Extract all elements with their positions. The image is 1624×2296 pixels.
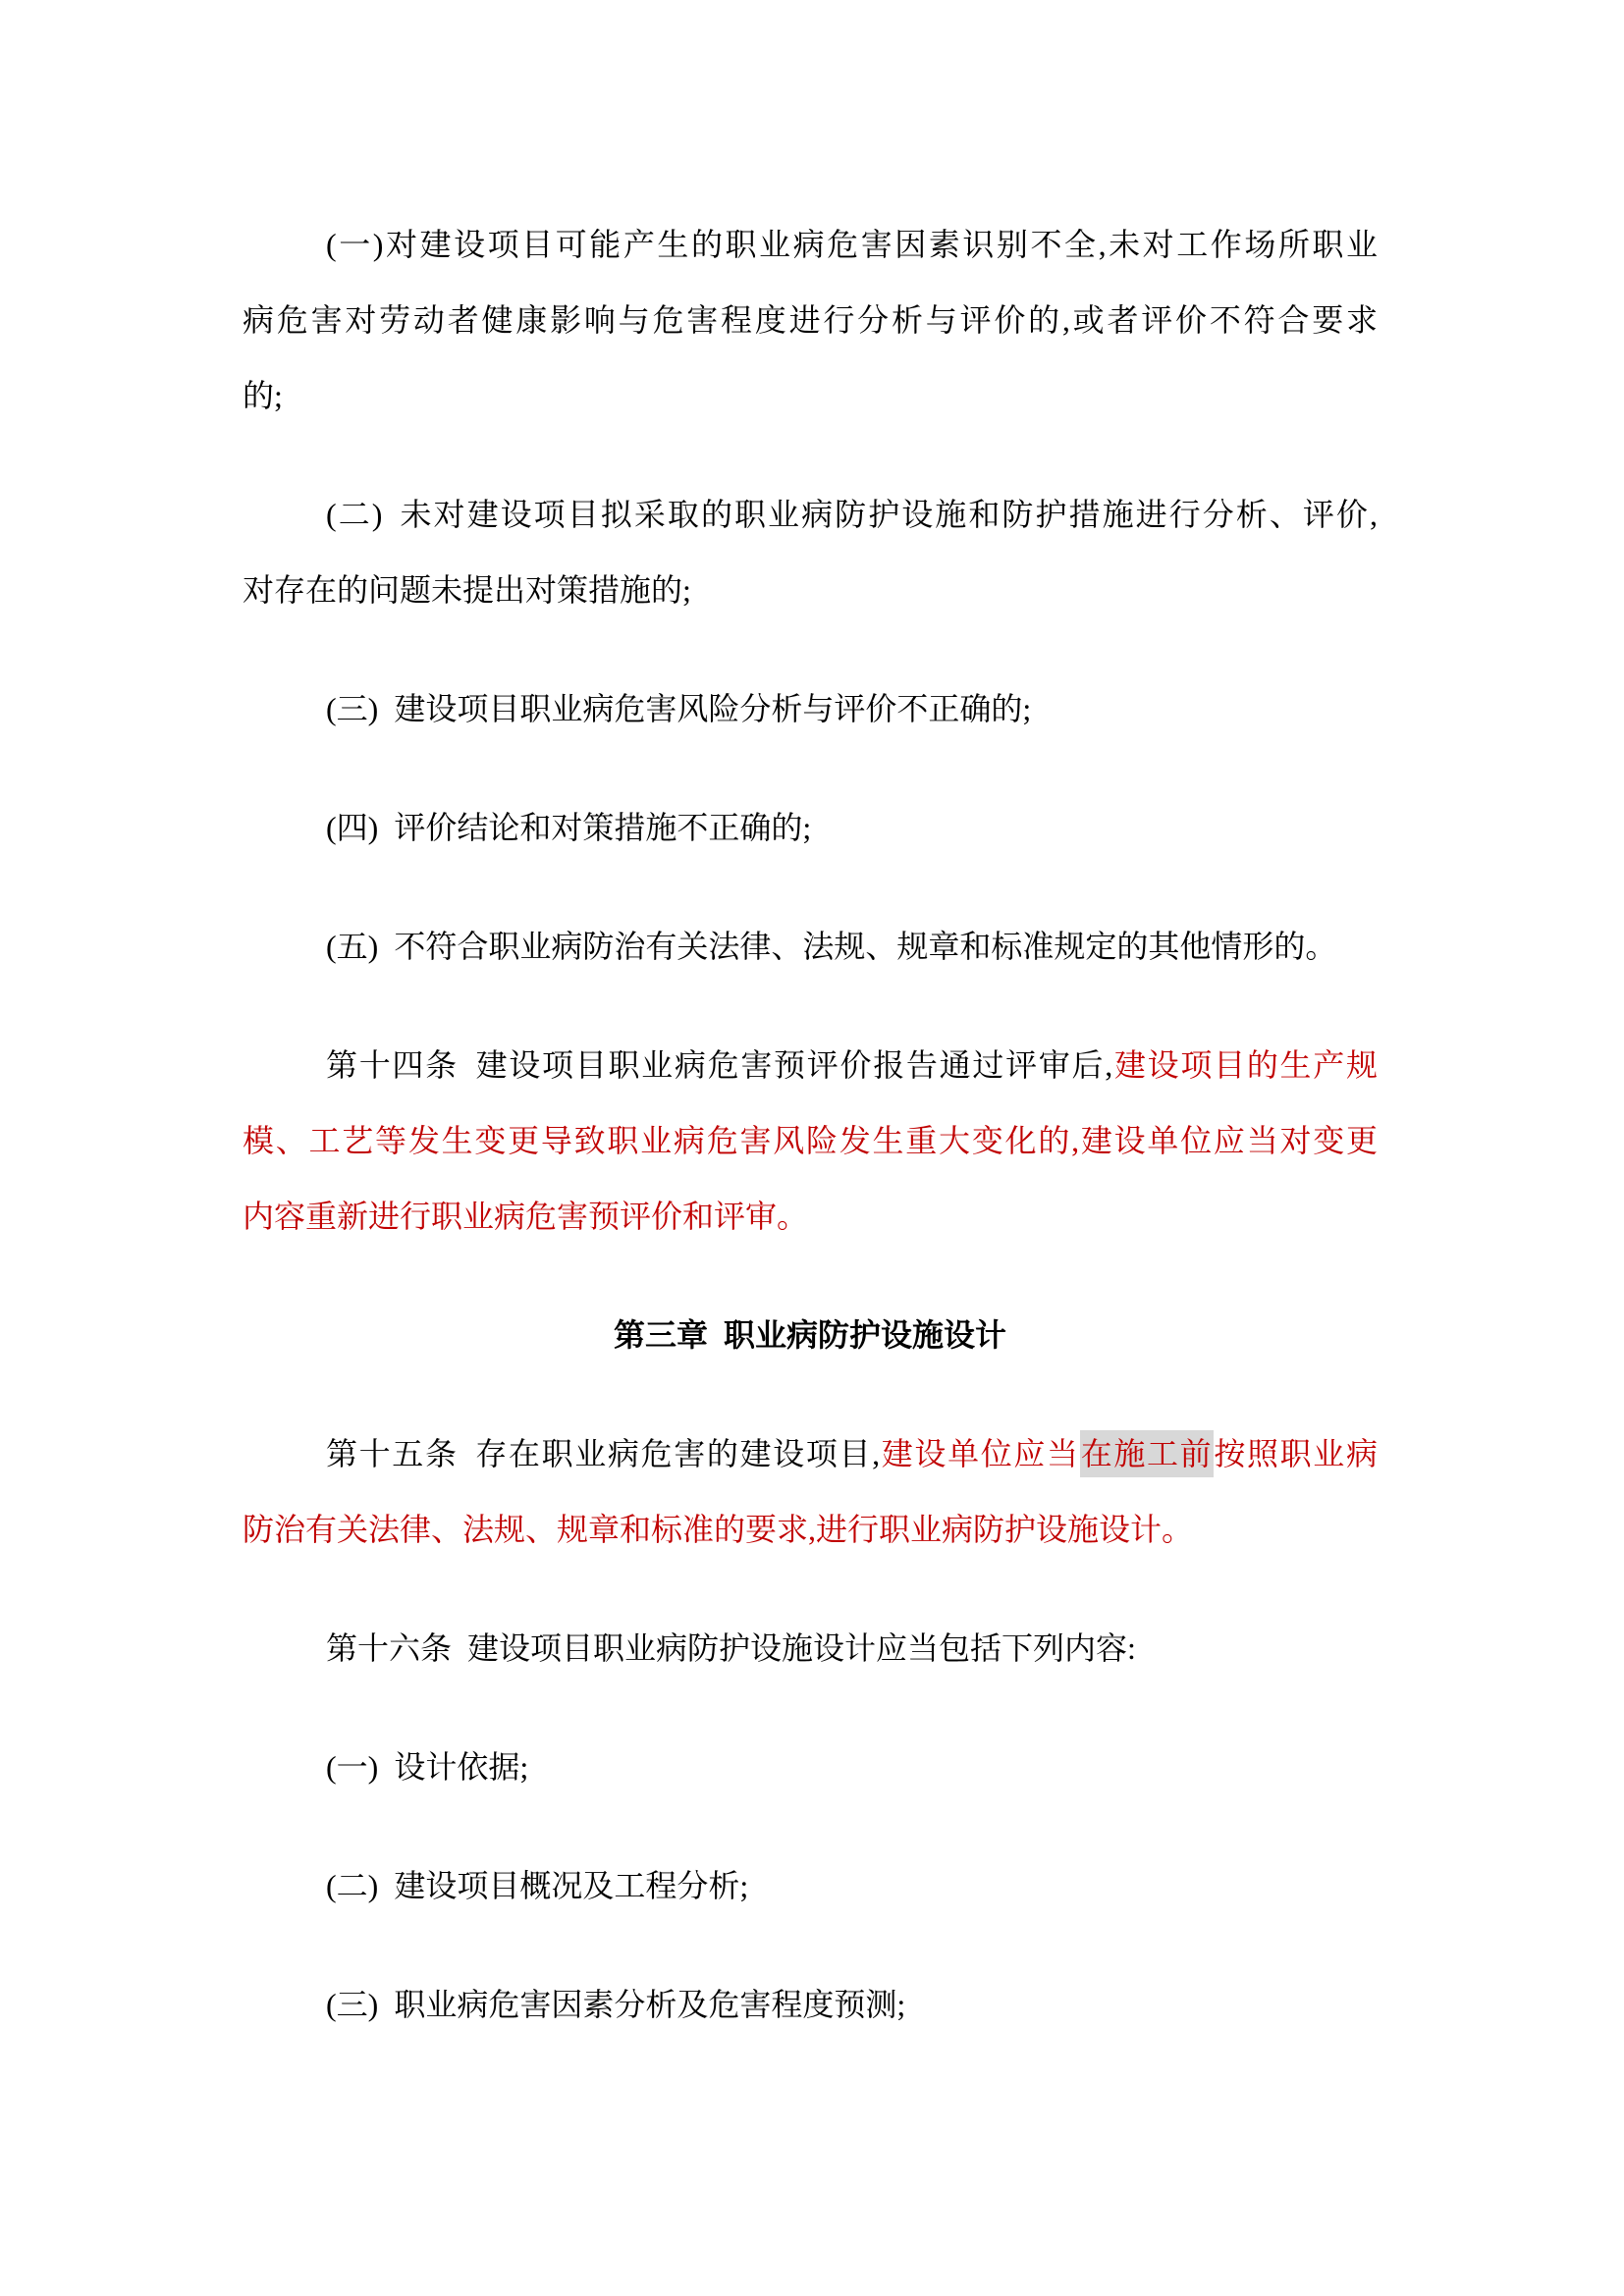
- design-content-item-2-line: (二) 建设项目概况及工程分析;: [243, 1848, 1378, 1924]
- article-14-line-2: 模、工艺等发生变更导致职业病危害风险发生重大变化的,建设单位应当对变更: [243, 1103, 1378, 1179]
- violation-item-2-line-1: (二) 未对建设项目拟采取的职业病防护设施和防护措施进行分析、评价,: [243, 477, 1378, 553]
- violation-item-4: (四) 评价结论和对策措施不正确的;: [243, 790, 1378, 866]
- violation-item-2: (二) 未对建设项目拟采取的职业病防护设施和防护措施进行分析、评价, 对存在的问…: [243, 477, 1378, 628]
- chapter-3-heading: 第三章 职业病防护设施设计: [243, 1298, 1378, 1373]
- article-16-intro-line: 第十六条 建设项目职业病防护设施设计应当包括下列内容:: [243, 1611, 1378, 1686]
- document-body: (一)对建设项目可能产生的职业病危害因素识别不全,未对工作场所职业 病危害对劳动…: [243, 207, 1378, 2086]
- design-content-item-3-line: (三) 职业病危害因素分析及危害程度预测;: [243, 1967, 1378, 2043]
- article-14-line-3: 内容重新进行职业病危害预评价和评审。: [243, 1179, 1378, 1255]
- design-content-item-3: (三) 职业病危害因素分析及危害程度预测;: [243, 1967, 1378, 2043]
- design-content-item-2: (二) 建设项目概况及工程分析;: [243, 1848, 1378, 1924]
- article-15-highlighted-text: 在施工前: [1080, 1430, 1215, 1477]
- chapter-3-heading-block: 第三章 职业病防护设施设计: [243, 1298, 1378, 1373]
- violation-item-5-line-1: (五) 不符合职业病防治有关法律、法规、规章和标准规定的其他情形的。: [243, 909, 1378, 985]
- violation-item-5: (五) 不符合职业病防治有关法律、法规、规章和标准规定的其他情形的。: [243, 909, 1378, 985]
- violation-item-1: (一)对建设项目可能产生的职业病危害因素识别不全,未对工作场所职业 病危害对劳动…: [243, 207, 1378, 434]
- article-14-line-1-black-text: 第十四条 建设项目职业病危害预评价报告通过评审后,: [326, 1047, 1112, 1083]
- article-15-line-1-red-text: 建设单位应当: [880, 1436, 1080, 1471]
- violation-item-1-line-3: 的;: [243, 358, 1378, 434]
- article-14-line-1-red-text: 建设项目的生产规: [1112, 1047, 1378, 1083]
- violation-item-1-line-2: 病危害对劳动者健康影响与危害程度进行分析与评价的,或者评价不符合要求: [243, 283, 1378, 358]
- violation-item-1-line-1: (一)对建设项目可能产生的职业病危害因素识别不全,未对工作场所职业: [243, 207, 1378, 283]
- article-15-line-1-red-text-after: 按照职业病: [1214, 1436, 1378, 1471]
- article-14: 第十四条 建设项目职业病危害预评价报告通过评审后,建设项目的生产规 模、工艺等发…: [243, 1028, 1378, 1255]
- violation-item-3: (三) 建设项目职业病危害风险分析与评价不正确的;: [243, 671, 1378, 747]
- article-15-line-2: 防治有关法律、法规、规章和标准的要求,进行职业病防护设施设计。: [243, 1492, 1378, 1568]
- violation-item-3-line-1: (三) 建设项目职业病危害风险分析与评价不正确的;: [243, 671, 1378, 747]
- violation-item-4-line-1: (四) 评价结论和对策措施不正确的;: [243, 790, 1378, 866]
- article-14-line-1: 第十四条 建设项目职业病危害预评价报告通过评审后,建设项目的生产规: [243, 1028, 1378, 1103]
- violation-item-2-line-2: 对存在的问题未提出对策措施的;: [243, 553, 1378, 628]
- article-15-line-1-black-text: 第十五条 存在职业病危害的建设项目,: [326, 1436, 880, 1471]
- article-15: 第十五条 存在职业病危害的建设项目,建设单位应当在施工前按照职业病 防治有关法律…: [243, 1416, 1378, 1568]
- article-15-line-1: 第十五条 存在职业病危害的建设项目,建设单位应当在施工前按照职业病: [243, 1416, 1378, 1492]
- design-content-item-1-line: (一) 设计依据;: [243, 1730, 1378, 1805]
- design-content-item-1: (一) 设计依据;: [243, 1730, 1378, 1805]
- document-page: (一)对建设项目可能产生的职业病危害因素识别不全,未对工作场所职业 病危害对劳动…: [0, 0, 1624, 2296]
- article-16: 第十六条 建设项目职业病防护设施设计应当包括下列内容:: [243, 1611, 1378, 1686]
